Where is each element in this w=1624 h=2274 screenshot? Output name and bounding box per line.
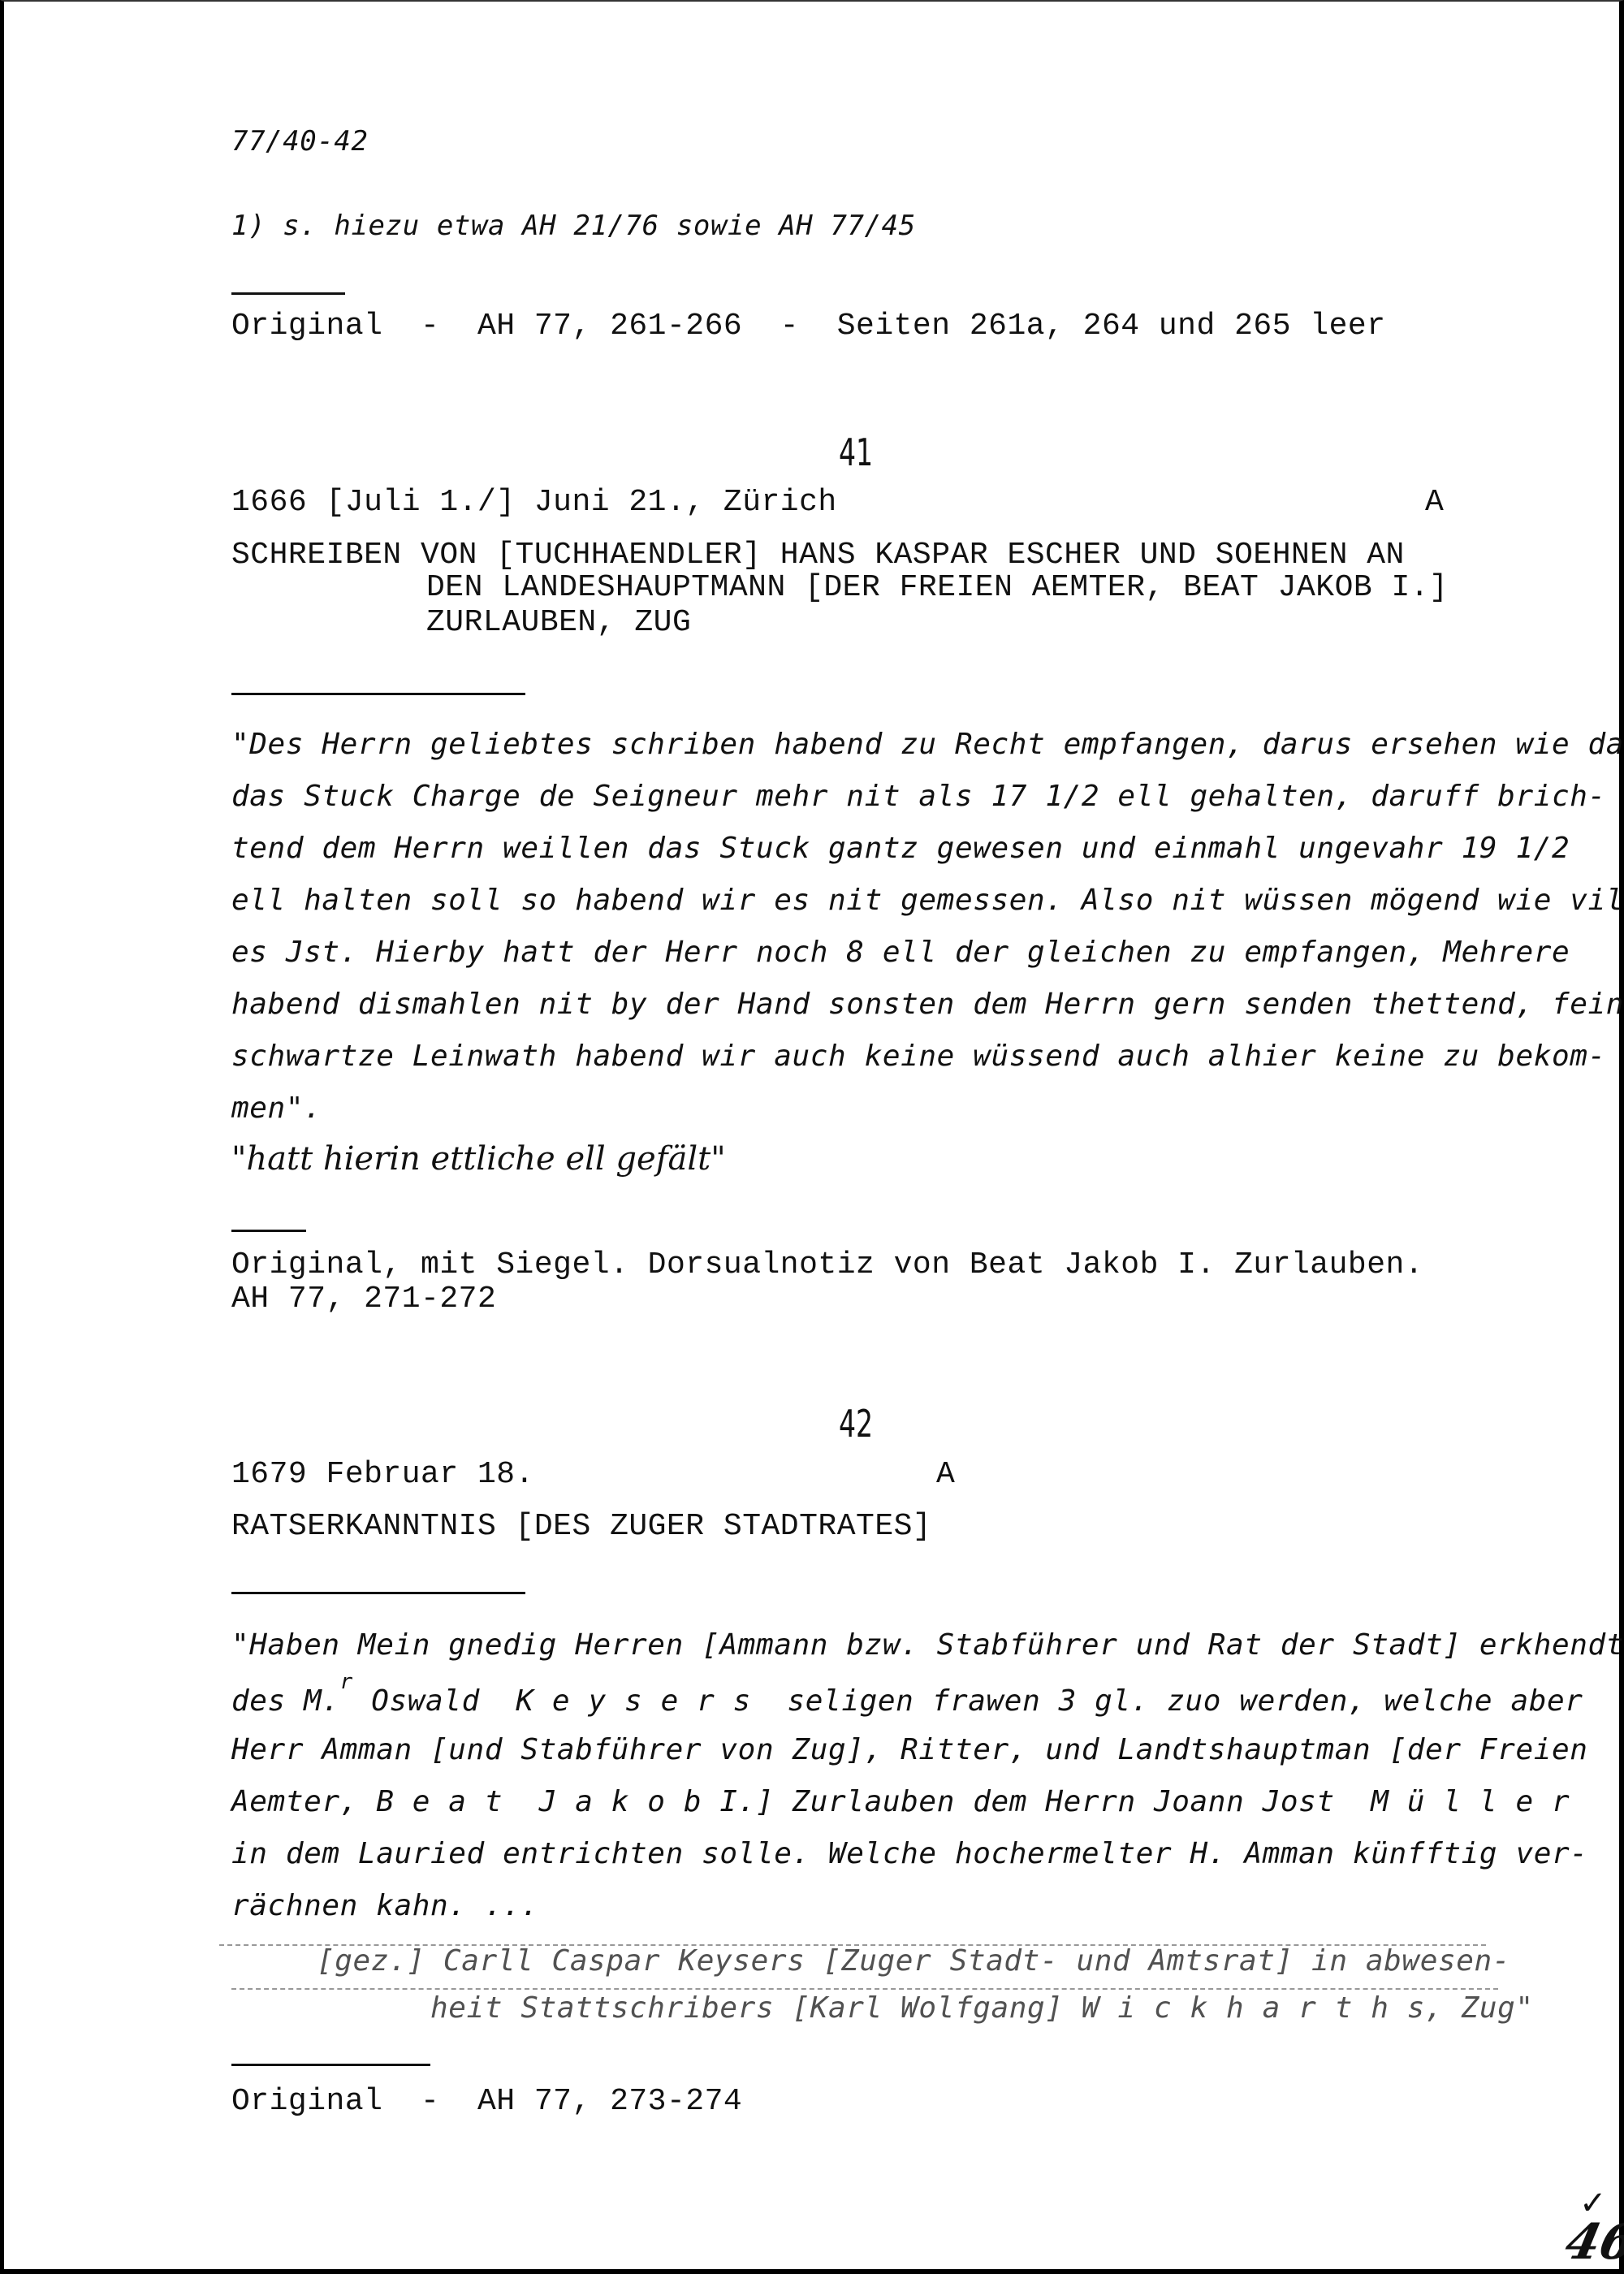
entry-number: 41 <box>839 430 873 474</box>
entry-source: Original - AH 77, 273-274 <box>231 2084 742 2119</box>
quote-line: schwartze Leinwath habend wir auch keine… <box>231 1040 1606 1073</box>
entry-marker: A <box>1425 485 1444 520</box>
document-reference: 77/40-42 <box>231 125 369 158</box>
entry-title-line-3: ZURLAUBEN, ZUG <box>426 605 691 640</box>
entry-date-place: 1666 [Juli 1./] Juni 21., Zürich <box>231 485 837 520</box>
previous-source-line: Original - AH 77, 261-266 - Seiten 261a,… <box>231 309 1386 344</box>
entry-title-line-2: DEN LANDESHAUPTMANN [DER FREIEN AEMTER, … <box>426 570 1448 605</box>
quote-line: es Jst. Hierby hatt der Herr noch 8 ell … <box>231 936 1570 969</box>
faded-overprint-line <box>231 1988 1498 1990</box>
source-separator <box>231 2064 430 2066</box>
entry-title-line-1: SCHREIBEN VON [TUCHHAENDLER] HANS KASPAR… <box>231 538 1405 573</box>
quote-line: Aemter, B e a t J a k o b I.] Zurlauben … <box>231 1785 1570 1818</box>
footnote-separator <box>231 292 345 295</box>
quote-line: in dem Lauried entrichten solle. Welche … <box>231 1837 1588 1870</box>
entry-source-line-2: AH 77, 271-272 <box>231 1282 496 1316</box>
quote-line: habend dismahlen nit by der Hand sonsten… <box>231 988 1624 1021</box>
document-page: 77/40-42 1) s. hiezu etwa AH 21/76 sowie… <box>0 0 1624 2274</box>
quote-text: des M. <box>231 1684 340 1718</box>
quote-line: das Stuck Charge de Seigneur mehr nit al… <box>231 780 1606 813</box>
quote-line: tend dem Herrn weillen das Stuck gantz g… <box>231 832 1570 865</box>
quote-line: rächnen kahn. ... <box>231 1889 539 1922</box>
quote-text: Aemter, <box>231 1785 376 1818</box>
quote-line: "Des Herrn geliebtes schriben habend zu … <box>231 728 1624 761</box>
footnote: 1) s. hiezu etwa AH 21/76 sowie AH 77/45 <box>231 210 916 242</box>
dorsal-note: "hatt hierin ettliche ell gefält" <box>231 1140 726 1178</box>
source-separator <box>231 1230 306 1232</box>
quote-line: Herr Amman [und Stabführer von Zug], Rit… <box>231 1733 1588 1766</box>
superscript: r <box>340 1670 353 1694</box>
signature-line-1: [gez.] Carll Caspar Keysers [Zuger Stadt… <box>317 1944 1510 1978</box>
handwritten-page-number: 46 <box>1561 2214 1624 2271</box>
quote-line: "Haben Mein gnedig Herren [Ammann bzw. S… <box>231 1628 1624 1662</box>
quote-line: men". <box>231 1092 322 1125</box>
entry-source-line-1: Original, mit Siegel. Dorsualnotiz von B… <box>231 1247 1423 1282</box>
quote-line: des M.r Oswald K e y s e r s seligen fra… <box>231 1681 1583 1718</box>
spaced-name: M ü l l e r <box>1353 1785 1570 1818</box>
quote-text: seligen frawen 3 gl. zuo werden, welche … <box>769 1684 1583 1718</box>
title-separator <box>231 1592 525 1594</box>
title-separator <box>231 693 525 695</box>
spaced-name: B e a t J a k o b <box>376 1785 702 1818</box>
entry-number: 42 <box>839 1402 873 1446</box>
quote-line: ell halten soll so habend wir es nit gem… <box>231 884 1624 917</box>
signature-line-2: heit Stattschribers [Karl Wolfgang] W i … <box>430 1991 1534 2025</box>
entry-date: 1679 Februar 18. <box>231 1457 534 1492</box>
spaced-name: Oswald K e y s e r s <box>353 1684 769 1718</box>
entry-marker: A <box>936 1457 955 1492</box>
quote-text: I.] Zurlauben dem Herrn Joann Jost <box>702 1785 1353 1818</box>
entry-title-line-1: RATSERKANNTNIS [DES ZUGER STADTRATES] <box>231 1509 931 1544</box>
